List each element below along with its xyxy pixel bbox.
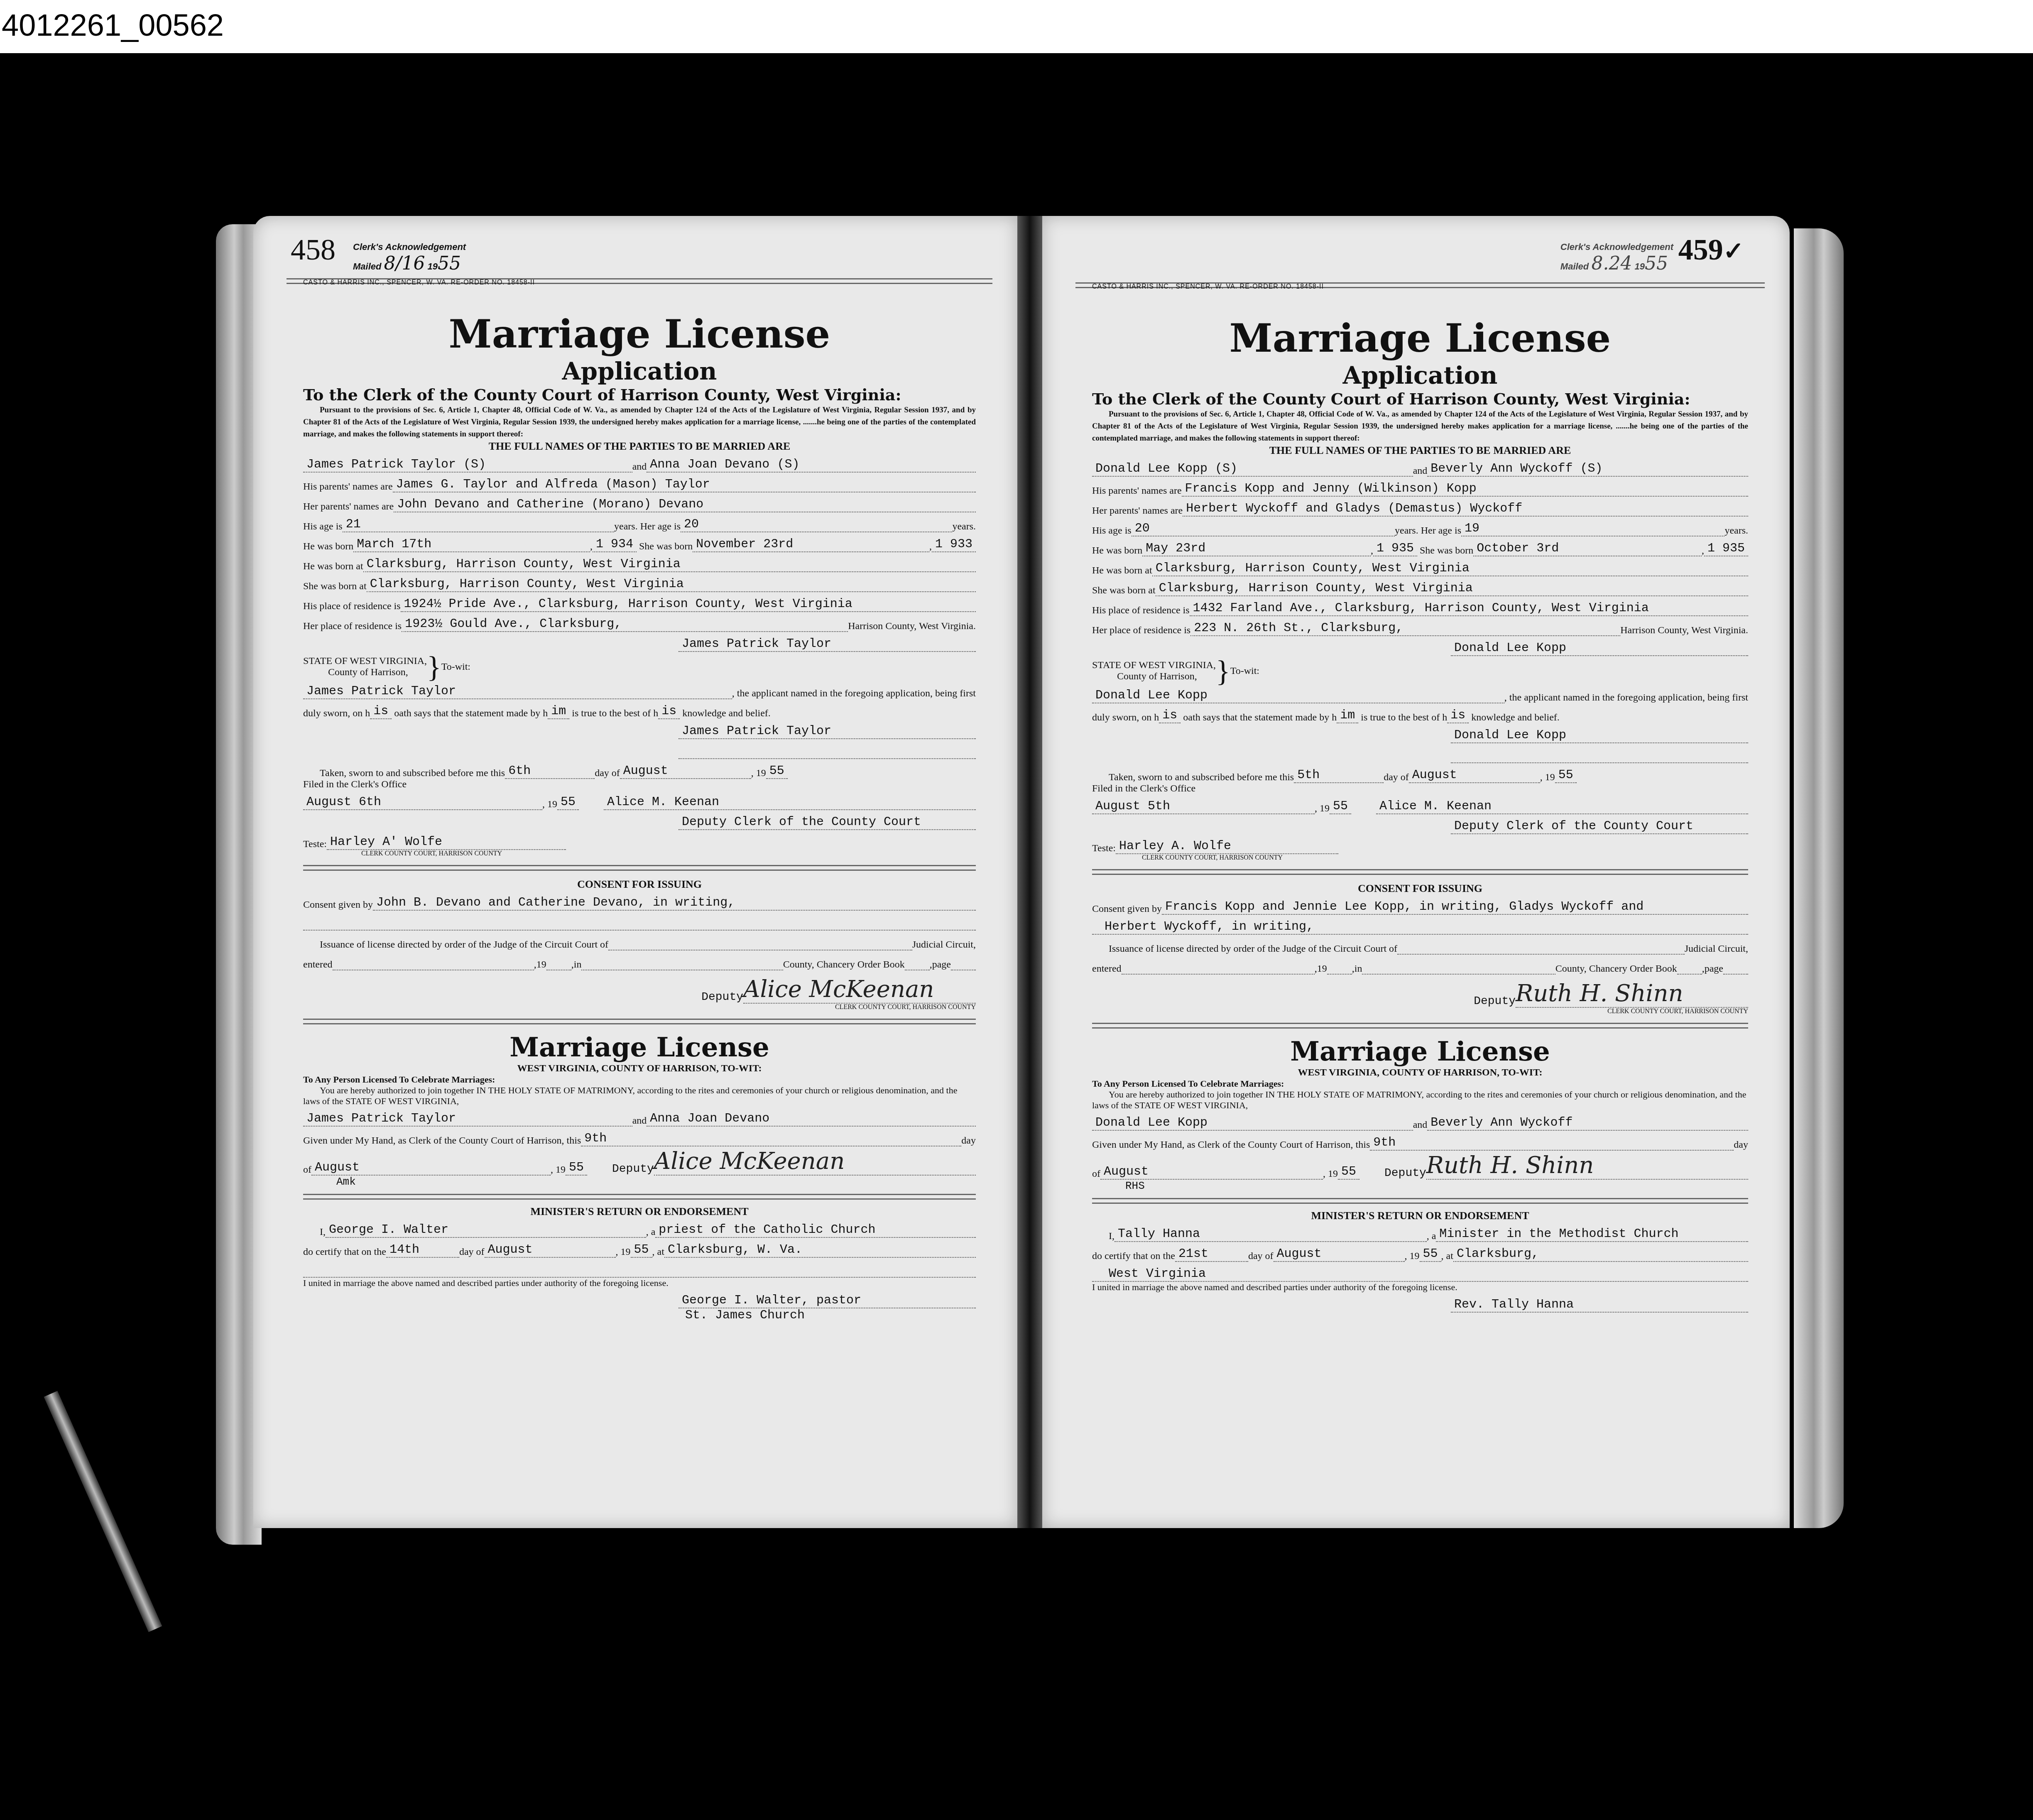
oath-text: oath says that the statement made by h [1183,712,1337,723]
page-458: 458 Clerk's Acknowledgement Mailed 8/16 … [253,216,1017,1528]
and-label: and [632,1115,647,1127]
years-label: years. [1724,525,1748,536]
she-born-label: She was born [639,541,693,552]
his-parents-row: His parents' names areJames G. Taylor an… [303,473,976,492]
at-label: , at [652,1247,664,1258]
clerk-title: Deputy Clerk of the County Court [1451,819,1748,834]
day-of-label: day of [1384,772,1409,783]
his-age-label: His age is [303,521,343,532]
form-subtitle: Application [303,357,976,385]
brace: } [1216,659,1230,683]
deputy-signature-row: DeputyAlice McKeenan [303,970,976,1004]
bride-name: Beverly Ann Wyckoff (S) [1427,462,1748,477]
issuance-row: Issuance of license directed by order of… [1092,935,1748,955]
her-res-label: Her place of residence is [303,621,402,632]
license-bride: Beverly Ann Wyckoff [1427,1116,1748,1131]
affiant-row: James Patrick Taylor, the applicant name… [303,679,976,699]
her-residence: 1923½ Gould Ave., Clarksburg, [402,617,848,632]
of-label: of [303,1164,311,1176]
oath-text: duly sworn, on h [303,708,370,719]
groom-name: James Patrick Taylor (S) [303,458,632,473]
judicial-circuit: Judicial Circuit, [912,939,976,950]
affiant-signature: Donald Lee Kopp [1451,728,1748,743]
consent-value: John B. Devano and Catherine Devano, in … [373,896,976,911]
blank-signature-row [1092,743,1748,763]
book-edge-right [1794,228,1844,1528]
given-month-row: ofAugust, 1955DeputyRuth H. Shinn [1092,1151,1748,1180]
book-gutter [1017,216,1042,1528]
years-label: years. [952,521,976,532]
his-residence: 1924½ Pride Ave., Clarksburg, Harrison C… [401,597,976,612]
his-res-label: His place of residence is [1092,605,1190,616]
applicant-signature: James Patrick Taylor [678,637,976,652]
her-parents-label: Her parents' names are [303,501,394,512]
deputy-signature-row: DeputyRuth H. Shinn [1092,975,1748,1008]
image-label-bar: 4012261_00562 [0,0,2033,55]
given-month-row: ofAugust, 1955DeputyAlice McKeenan [303,1146,976,1176]
married-year: 55 [631,1243,652,1258]
entered-label: entered [1092,963,1122,975]
clerk-name: Alice M. Keenan [604,795,976,810]
oath-fill: im [1337,708,1358,723]
county-label: County of Harrison, [303,667,427,678]
image-id: 4012261_00562 [2,7,224,43]
certify-label: do certify that on the [1092,1251,1175,1262]
day-of-label: day of [1248,1251,1274,1262]
she-born-at-label: She was born at [303,581,367,592]
given-month: August [311,1161,551,1176]
deputy-signature: Alice McKeenan [743,976,976,1004]
year19: 19 [1317,963,1327,975]
he-born-at-label: He was born at [303,561,363,572]
form-title: Marriage License [1092,316,1748,361]
to-any-person: To Any Person Licensed To Celebrate Marr… [1092,1078,1748,1089]
names-heading: THE FULL NAMES OF THE PARTIES TO BE MARR… [1092,444,1748,457]
state-label: STATE OF WEST VIRGINIA, [303,656,427,667]
consent-value-2: Herbert Wyckoff, in writing, [1092,920,1748,935]
towit-label: To-wit: [441,661,470,673]
his-residence-row: His place of residence is1924½ Pride Ave… [303,592,976,612]
he-born-year: 1 934 [593,537,637,552]
minister-signature: Rev. Tally Hanna [1451,1298,1748,1313]
given-month: August [1100,1165,1323,1180]
page-number: 459✓ [1678,233,1744,267]
he-born-date: March 17th [353,537,590,552]
he-born-date: May 23rd [1142,541,1371,556]
to-any-person: To Any Person Licensed To Celebrate Marr… [303,1074,976,1085]
his-parents-value: James G. Taylor and Alfreda (Mason) Tayl… [393,478,976,492]
oath-fill: is [1447,708,1469,723]
clerk-title: Deputy Clerk of the County Court [678,815,976,830]
clerks-acknowledgement: Clerk's Acknowledgement Mailed 8/16 1955 [353,239,466,275]
he-born-label: He was born [303,541,353,552]
bride-name: Anna Joan Devano (S) [647,458,976,473]
his-residence: 1432 Farland Ave., Clarksburg, Harrison … [1190,601,1748,616]
his-parents-value: Francis Kopp and Jenny (Wilkinson) Kopp [1182,482,1748,497]
year-prefix: 19 [428,261,438,272]
minister-heading: MINISTER'S RETURN OR ENDORSEMENT [303,1205,976,1218]
certify-label: do certify that on the [303,1247,386,1258]
clerk-title-row: Deputy Clerk of the County Court [1092,814,1748,834]
minister-signature-row-2: St. James Church [303,1308,976,1323]
her-res-suffix: Harrison County, West Virginia. [848,621,976,632]
his-age: 21 [343,517,614,532]
consent-label: Consent given by [303,899,373,911]
county-label: County of Harrison, [1092,671,1216,682]
sworn-label: Taken, sworn to and subscribed before me… [320,768,505,779]
her-age-label: Her age is [640,521,681,532]
she-born-year: 1 933 [932,537,976,552]
oath-row: duly sworn, on his oath says that the st… [1092,703,1748,723]
in-label: in [574,959,582,970]
affiant-name: James Patrick Taylor [303,684,732,699]
consent-value-2 [303,930,976,931]
certify-row: do certify that on the21stday ofAugust, … [1092,1242,1748,1262]
her-residence-row: Her place of residence is1923½ Gould Ave… [303,612,976,632]
married-day: 14th [386,1243,459,1258]
sworn-month: August [620,764,751,779]
filed-year: 55 [1330,799,1351,814]
her-residence-row: Her place of residence is223 N. 26th St.… [1092,616,1748,636]
he-born-at: Clarksburg, Harrison County, West Virgin… [1152,561,1748,576]
married-month: August [485,1243,616,1258]
her-res-suffix: Harrison County, West Virginia. [1620,625,1748,636]
given-label: Given under My Hand, as Clerk of the Cou… [1092,1139,1370,1151]
teste-row: Teste:Harley A. Wolfe [1092,834,1748,854]
and-label: and [632,461,647,473]
authorization-text: You are hereby authorized to join togeth… [303,1085,976,1107]
names-heading: THE FULL NAMES OF THE PARTIES TO BE MARR… [303,440,976,453]
consent-row: Consent given byFrancis Kopp and Jennie … [1092,895,1748,915]
given-year: 55 [566,1161,587,1176]
in-label: in [1355,963,1362,975]
chancery-label: County, Chancery Order Book [1555,963,1677,975]
oath-text: is true to the best of h [1361,712,1447,723]
i-label: I, [303,1227,326,1238]
he-birthplace-row: He was born atClarksburg, Harrison Count… [1092,556,1748,576]
his-parents-label: His parents' names are [303,481,393,492]
filed-date: August 5th [1092,799,1315,814]
applicant-signature: Donald Lee Kopp [1451,641,1748,656]
she-born-at: Clarksburg, Harrison County, West Virgin… [1156,581,1748,596]
united-text: I united in marriage the above named and… [303,1278,976,1288]
mailed-date: 8/16 [384,253,425,274]
minister-church: St. James Church [682,1308,976,1323]
birthdate-row: He was bornMarch 17th,1 934 She was born… [303,532,976,552]
affiant-signature-row: James Patrick Taylor [303,719,976,739]
minister-signature-row: Rev. Tally Hanna [1092,1293,1748,1313]
statute-text: Pursuant to the provisions of Sec. 6, Ar… [303,404,976,440]
printer-line: CASTO & HARRIS INC., SPENCER, W. VA. RE-… [1092,283,1324,291]
of-label: of [1092,1168,1100,1180]
oath-row: duly sworn, on his oath says that the st… [303,699,976,719]
he-born-at-label: He was born at [1092,565,1152,576]
she-born-label: She was born [1420,545,1473,556]
entered-row: entered, 19, inCounty, Chancery Order Bo… [1092,955,1748,975]
his-age: 20 [1132,522,1395,536]
sworn-row: Taken, sworn to and subscribed before me… [1092,763,1748,783]
affiant-signature-row: Donald Lee Kopp [1092,723,1748,743]
chancery-label: County, Chancery Order Book [783,959,905,970]
at-label: , at [1441,1251,1453,1262]
statute-text: Pursuant to the provisions of Sec. 6, Ar… [1092,408,1748,444]
she-birthplace-row: She was born atClarksburg, Harrison Coun… [1092,576,1748,596]
application-section: Marriage License Application To the Cler… [1092,316,1748,1313]
he-born-label: He was born [1092,545,1142,556]
license-parties-row: Donald Lee KoppandBeverly Ann Wyckoff [1092,1111,1748,1131]
oath-text: knowledge and belief. [682,708,771,719]
section-rule [303,865,976,871]
application-section: Marriage License Application To the Cler… [303,311,976,1323]
filed-year: 55 [557,795,579,810]
consent-label: Consent given by [1092,904,1162,915]
issuance-row: Issuance of license directed by order of… [303,931,976,950]
teste-name: Harley A. Wolfe [1116,839,1338,854]
license-title: Marriage License [303,1032,976,1063]
addressee: To the Clerk of the County Court of Harr… [303,385,976,404]
clerk-sub: CLERK COUNTY COURT, HARRISON COUNTY [1092,1008,1748,1015]
day-of-label: day of [459,1247,485,1258]
oath-text: is true to the best of h [572,708,658,719]
her-residence: 223 N. 26th St., Clarksburg, [1190,621,1620,636]
clerks-acknowledgement: Clerk's Acknowledgement Mailed 8.24 1955 [1560,239,1673,275]
his-parents-row: His parents' names areFrancis Kopp and J… [1092,477,1748,497]
year-prefix: 19 [1635,261,1645,272]
venue-block: STATE OF WEST VIRGINIA,County of Harriso… [303,654,976,679]
her-age: 20 [681,517,952,532]
filed-date: August 6th [303,795,542,810]
teste-row: Teste:Harley A' Wolfe [303,830,976,850]
sworn-month: August [1409,768,1540,783]
given-row: Given under My Hand, as Clerk of the Cou… [1092,1131,1748,1151]
affiant-text: , the applicant named in the foregoing a… [1504,692,1748,703]
license-subtitle: WEST VIRGINIA, COUNTY OF HARRISON, TO-WI… [303,1063,976,1074]
consent-value: Francis Kopp and Jennie Lee Kopp, in wri… [1162,900,1748,915]
she-birthplace-row: She was born atClarksburg, Harrison Coun… [303,572,976,592]
section-rule [1092,869,1748,875]
oath-text: knowledge and belief. [1471,712,1560,723]
teste-label: Teste: [303,839,327,850]
sworn-year: 55 [1555,768,1577,783]
venue-block: STATE OF WEST VIRGINIA,County of Harriso… [1092,659,1748,683]
oath-text: duly sworn, on h [1092,712,1159,723]
issuance-text: Issuance of license directed by order of… [1109,943,1397,955]
her-res-label: Her place of residence is [1092,625,1190,636]
license-title: Marriage License [1092,1036,1748,1067]
year19: 19 [536,959,546,970]
filed-row: August 6th, 1955Alice M. Keenan [303,790,976,810]
given-label: Given under My Hand, as Clerk of the Cou… [303,1135,581,1146]
years-label: years. [1395,525,1418,536]
page-number: 458 [291,233,336,267]
minister-title: Minister in the Methodist Church [1436,1227,1748,1242]
page-label: page [932,959,951,970]
his-res-label: His place of residence is [303,601,401,612]
her-age-label: Her age is [1421,525,1461,536]
minister-signature: George I. Walter, pastor [678,1293,976,1308]
mailed-label: Mailed [353,261,381,272]
teste-sub: CLERK COUNTY COURT, HARRISON COUNTY [303,850,976,857]
married-place: Clarksburg, W. Va. [664,1243,976,1258]
affiant-row: Donald Lee Kopp, the applicant named in … [1092,683,1748,703]
filed-label: Filed in the Clerk's Office [1092,783,1748,794]
she-born-at: Clarksburg, Harrison County, West Virgin… [367,577,976,592]
she-born-year: 1 935 [1704,541,1748,556]
teste-name: Harley A' Wolfe [327,835,566,850]
section-rule [303,1019,976,1024]
entered-row: entered, 19, inCounty, Chancery Order Bo… [303,950,976,970]
a-label: , a [646,1227,656,1238]
sworn-year: 55 [766,764,788,779]
consent-heading: CONSENT FOR ISSUING [1092,882,1748,895]
she-born-date: October 3rd [1473,541,1702,556]
ledger-book: 458 Clerk's Acknowledgement Mailed 8/16 … [216,216,1844,1557]
issuance-text: Issuance of license directed by order of… [320,939,608,950]
given-day: 9th [581,1132,961,1146]
consent-row: Consent given byJohn B. Devano and Cathe… [303,891,976,911]
mailed-year: 55 [1645,253,1668,274]
she-born-at-label: She was born at [1092,585,1156,596]
license-deputy-signature: Alice McKeenan [654,1148,976,1176]
years-label: years. [614,521,638,532]
form-title: Marriage License [303,311,976,357]
affiant-text: , the applicant named in the foregoing a… [732,688,976,699]
his-parents-label: His parents' names are [1092,485,1182,497]
age-row: His age is21years. Her age is20years. [303,512,976,532]
groom-name: Donald Lee Kopp (S) [1092,462,1413,477]
page-459: Clerk's Acknowledgement Mailed 8.24 1955… [1042,216,1790,1528]
teste-label: Teste: [1092,843,1116,854]
i-label: I, [1092,1231,1114,1242]
minister-signature-row: George I. Walter, pastor [303,1288,976,1308]
married-year: 55 [1420,1247,1441,1262]
day-label: day [1734,1139,1748,1151]
clerk-initials: Amk [303,1176,976,1188]
consent-row-2 [303,911,976,931]
clerk-sub: CLERK COUNTY COURT, HARRISON COUNTY [303,1004,976,1011]
married-place: Clarksburg, [1453,1247,1748,1262]
oath-fill: is [370,704,392,719]
given-year: 55 [1338,1165,1359,1180]
applicant-signature-row: Donald Lee Kopp [1092,636,1748,656]
deputy-label: Deputy [1474,995,1516,1008]
license-deputy-signature: Ruth H. Shinn [1426,1152,1748,1180]
certify-row: do certify that on the14thday ofAugust, … [303,1238,976,1258]
he-born-year: 1 935 [1373,541,1417,556]
sworn-day: 5th [1294,768,1384,783]
minister-title: priest of the Catholic Church [655,1223,976,1238]
license-groom: James Patrick Taylor [303,1112,632,1127]
mailed-year: 55 [438,253,461,274]
certify-row-2: West Virginia [1092,1262,1748,1282]
addressee: To the Clerk of the County Court of Harr… [1092,389,1748,408]
blank-signature-row [303,739,976,759]
her-parents-row: Her parents' names areJohn Devano and Ca… [303,492,976,512]
blank-line [678,758,976,759]
sworn-label: Taken, sworn to and subscribed before me… [1109,772,1294,783]
page-label: page [1705,963,1723,975]
state-label: STATE OF WEST VIRGINIA, [1092,660,1216,671]
sworn-row: Taken, sworn to and subscribed before me… [303,759,976,779]
deputy-signature: Ruth H. Shinn [1516,980,1748,1008]
deputy-label: Deputy [701,991,743,1004]
minister-row: I,Tally Hanna, aMinister in the Methodis… [1092,1222,1748,1242]
filed-label: Filed in the Clerk's Office [303,779,976,790]
license-subtitle: WEST VIRGINIA, COUNTY OF HARRISON, TO-WI… [1092,1067,1748,1078]
married-month: August [1274,1247,1405,1262]
her-parents-value: Herbert Wyckoff and Gladys (Demastus) Wy… [1183,502,1748,517]
section-rule [1092,1023,1748,1029]
she-born-date: November 23rd [693,537,929,552]
given-row: Given under My Hand, as Clerk of the Cou… [303,1127,976,1146]
day-of-label: day of [595,768,620,779]
section-rule [1092,1198,1748,1204]
her-parents-row: Her parents' names areHerbert Wyckoff an… [1092,497,1748,517]
minister-heading: MINISTER'S RETURN OR ENDORSEMENT [1092,1210,1748,1222]
license-groom: Donald Lee Kopp [1092,1116,1413,1131]
his-residence-row: His place of residence is1432 Farland Av… [1092,596,1748,616]
he-birthplace-row: He was born atClarksburg, Harrison Count… [303,552,976,572]
oath-fill: is [658,704,680,719]
form-subtitle: Application [1092,361,1748,389]
minister-name: George I. Walter [326,1223,646,1238]
oath-fill: im [548,704,569,719]
certify-row-2 [303,1258,976,1278]
pen-object [44,1391,162,1632]
his-age-label: His age is [1092,525,1132,536]
and-label: and [1413,465,1428,477]
minister-name: Tally Hanna [1114,1227,1427,1242]
filed-row: August 5th, 1955Alice M. Keenan [1092,794,1748,814]
birthdate-row: He was bornMay 23rd,1 935 She was bornOc… [1092,536,1748,556]
a-label: , a [1427,1231,1436,1242]
applicant-signature-row: James Patrick Taylor [303,632,976,652]
given-day: 9th [1370,1136,1734,1151]
age-row: His age is20years. Her age is19years. [1092,517,1748,536]
parties-row: Donald Lee Kopp (S)andBeverly Ann Wyckof… [1092,457,1748,477]
judicial-circuit: Judicial Circuit, [1685,943,1748,955]
parties-row: James Patrick Taylor (S)andAnna Joan Dev… [303,453,976,473]
clerk-name: Alice M. Keenan [1376,799,1748,814]
mailed-label: Mailed [1560,261,1589,272]
her-age: 19 [1461,522,1724,536]
oath-text: oath says that the statement made by h [394,708,548,719]
affiant-name: Donald Lee Kopp [1092,688,1504,703]
towit-label: To-wit: [1230,666,1259,677]
day-label: day [961,1135,976,1146]
clerk-initials: RHS [1092,1180,1748,1192]
her-parents-label: Her parents' names are [1092,505,1183,517]
her-parents-value: John Devano and Catherine (Morano) Devan… [394,497,976,512]
entered-label: entered [303,959,333,970]
deputy-label: Deputy [612,1163,654,1176]
sworn-day: 6th [505,764,595,779]
united-text: I united in marriage the above named and… [1092,1282,1748,1293]
printer-line: CASTO & HARRIS INC., SPENCER, W. VA. RE-… [303,279,535,287]
married-day: 21st [1175,1247,1248,1262]
checkmark-icon: ✓ [1723,238,1744,265]
page-number-value: 459 [1678,233,1723,266]
license-parties-row: James Patrick TaylorandAnna Joan Devano [303,1107,976,1127]
consent-heading: CONSENT FOR ISSUING [303,878,976,891]
oath-fill: is [1159,708,1181,723]
consent-row-2: Herbert Wyckoff, in writing, [1092,915,1748,935]
and-label: and [1413,1119,1428,1131]
brace: } [427,654,441,679]
minister-row: I,George I. Walter, apriest of the Catho… [303,1218,976,1238]
teste-sub: CLERK COUNTY COURT, HARRISON COUNTY [1092,854,1748,862]
license-bride: Anna Joan Devano [647,1112,976,1127]
